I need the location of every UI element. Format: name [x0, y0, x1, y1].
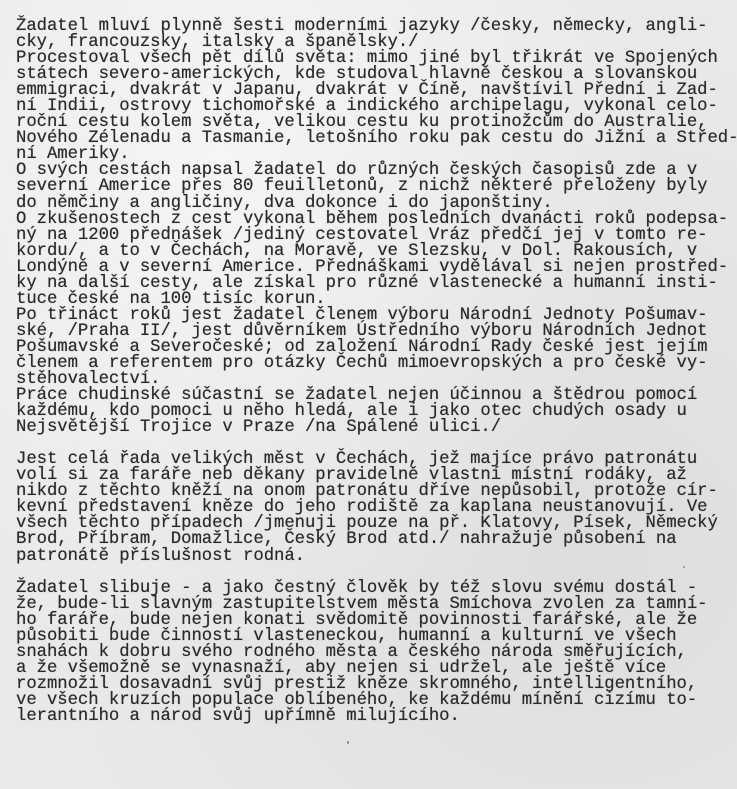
text-line: lerantního a národ svůj upřímně milující… — [16, 709, 736, 725]
paragraph-charity: Práce chudinské súčastní se žadatel neje… — [16, 388, 736, 436]
paragraph-languages: Žadatel mluví plynně šesti moderními jaz… — [16, 19, 736, 51]
paragraph-travels: Procestoval všech pět dílů světa: mimo j… — [16, 51, 736, 163]
scanned-page: Žadatel mluví plynně šesti moderními jaz… — [0, 0, 737, 789]
paragraph-lectures: O zkušenostech z cest vykonal během posl… — [16, 212, 736, 308]
paragraph-promise: Žadatel slibuje - a jako čestný člověk b… — [16, 581, 736, 725]
paper-speck — [683, 566, 685, 568]
typewritten-document: Žadatel mluví plynně šesti moderními jaz… — [16, 19, 736, 725]
paragraph-patronage: Jest celá řada velikých měst v Čechách, … — [16, 452, 736, 564]
text-line: patronátě příslušnost rodná. — [16, 549, 736, 565]
paragraph-memberships: Po třináct roků jest žadatel členem výbo… — [16, 308, 736, 388]
paragraph-feuilletons: O svých cestách napsal žadatel do různýc… — [16, 163, 736, 211]
text-line: Nejsvětější Trojice v Praze /na Spálené … — [16, 420, 736, 436]
paper-speck — [347, 741, 349, 744]
